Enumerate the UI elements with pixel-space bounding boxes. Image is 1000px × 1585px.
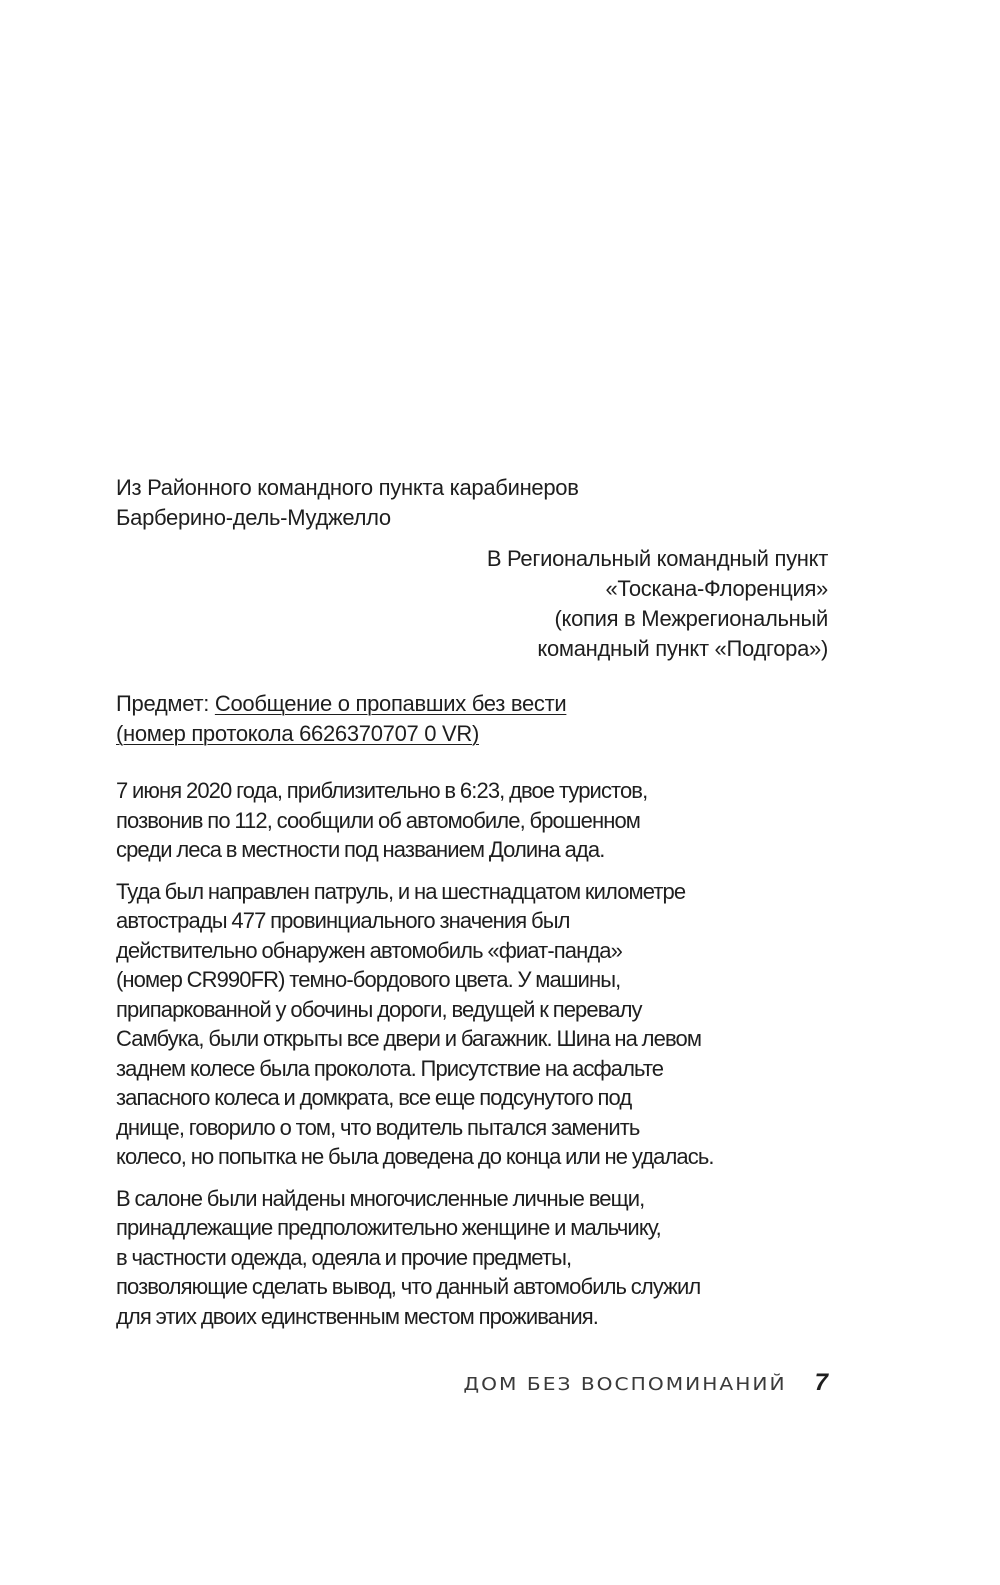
text-line: позвонив по 112, сообщили об автомобиле,…	[116, 806, 828, 836]
text-line: В салоне были найдены многочисленные лич…	[116, 1184, 828, 1214]
running-footer: ДОМ БЕЗ ВОСПОМИНАНИЙ 7	[498, 1369, 828, 1397]
text-line: (номер CR990FR) темно-бордового цвета. У…	[116, 965, 828, 995]
text-line: автострады 477 провинциального значения …	[116, 906, 828, 936]
text-line: принадлежащие предположительно женщине и…	[116, 1213, 828, 1243]
subject-line-1: Предмет: Сообщение о пропавших без вести	[116, 689, 828, 719]
addressee-line: (копия в Межрегиональный	[116, 604, 828, 634]
paragraph-1: 7 июня 2020 года, приблизительно в 6:23,…	[116, 776, 828, 865]
book-page: Из Районного командного пункта карабинер…	[0, 0, 1000, 1585]
protocol-number: (номер протокола 6626370707 0 VR)	[116, 721, 479, 746]
text-line: припаркованной у обочины дороги, ведущей…	[116, 995, 828, 1025]
book-title: ДОМ БЕЗ ВОСПОМИНАНИЙ	[463, 1374, 786, 1395]
addressee-line: В Региональный командный пункт	[116, 544, 828, 574]
sender-block: Из Районного командного пункта карабинер…	[116, 473, 828, 533]
text-line: колесо, но попытка не была доведена до к…	[116, 1142, 828, 1172]
text-line: в частности одежда, одеяла и прочие пред…	[116, 1243, 828, 1273]
text-line: запасного колеса и домкрата, все еще под…	[116, 1083, 828, 1113]
text-line: Самбука, были открыты все двери и багажн…	[116, 1024, 828, 1054]
sender-line: Из Районного командного пункта карабинер…	[116, 473, 828, 503]
text-line: действительно обнаружен автомобиль «фиат…	[116, 936, 828, 966]
sender-line: Барберино-дель-Муджелло	[116, 503, 828, 533]
subject-line-2: (номер протокола 6626370707 0 VR)	[116, 719, 828, 749]
addressee-block: В Региональный командный пункт «Тоскана-…	[116, 544, 828, 664]
text-line: днище, говорило о том, что водитель пыта…	[116, 1113, 828, 1143]
addressee-line: командный пункт «Подгора»)	[116, 634, 828, 664]
text-line: позволяющие сделать вывод, что данный ав…	[116, 1272, 828, 1302]
addressee-line: «Тоскана-Флоренция»	[116, 574, 828, 604]
subject-label: Предмет:	[116, 691, 215, 716]
text-line: заднем колесе была проколота. Присутстви…	[116, 1054, 828, 1084]
report-body: 7 июня 2020 года, приблизительно в 6:23,…	[116, 776, 828, 1343]
text-line: 7 июня 2020 года, приблизительно в 6:23,…	[116, 776, 828, 806]
page-number: 7	[815, 1369, 828, 1397]
text-line: Туда был направлен патруль, и на шестнад…	[116, 877, 828, 907]
text-line: для этих двоих единственным местом прожи…	[116, 1302, 828, 1332]
subject-title: Сообщение о пропавших без вести	[215, 691, 567, 716]
paragraph-2: Туда был направлен патруль, и на шестнад…	[116, 877, 828, 1172]
paragraph-3: В салоне были найдены многочисленные лич…	[116, 1184, 828, 1332]
subject-block: Предмет: Сообщение о пропавших без вести…	[116, 689, 828, 749]
text-line: среди леса в местности под названием Дол…	[116, 835, 828, 865]
